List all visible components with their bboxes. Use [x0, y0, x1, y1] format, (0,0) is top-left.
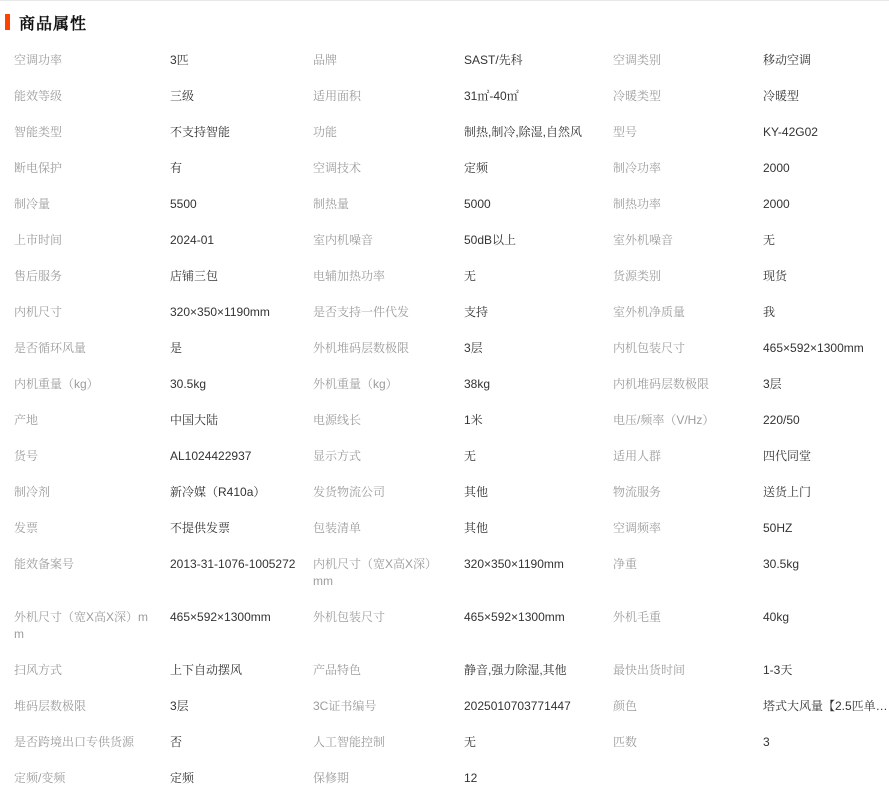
attr-label: 颜色	[613, 689, 763, 725]
attr-value: 三级	[170, 79, 313, 115]
attr-label: 外机尺寸（宽X高X深）mm	[14, 600, 170, 653]
attr-value: 新冷媒（R410a）	[170, 475, 313, 511]
attr-label: 能效等级	[14, 79, 170, 115]
attr-value: 不支持智能	[170, 115, 313, 151]
attr-label: 室外机噪音	[613, 223, 763, 259]
attr-label: 制热功率	[613, 187, 763, 223]
attr-label: 室内机噪音	[313, 223, 464, 259]
section-title: 商品属性	[19, 11, 87, 34]
attr-label: 外机包装尺寸	[313, 600, 464, 653]
attr-label: 发货物流公司	[313, 475, 464, 511]
attr-value: 3层	[763, 367, 889, 403]
attr-value: 30.5kg	[170, 367, 313, 403]
attr-value: 定频	[170, 761, 313, 797]
attr-label: 室外机净质量	[613, 295, 763, 331]
attr-value: 其他	[464, 511, 613, 547]
attr-label	[613, 761, 763, 797]
attr-label: 适用人群	[613, 439, 763, 475]
attr-value: 3匹	[170, 43, 313, 79]
attr-value: 定频	[464, 151, 613, 187]
attr-label: 保修期	[313, 761, 464, 797]
attr-label: 内机重量（kg）	[14, 367, 170, 403]
attr-label: 功能	[313, 115, 464, 151]
attr-label: 能效备案号	[14, 547, 170, 600]
attr-value: 是	[170, 331, 313, 367]
attr-label: 空调技术	[313, 151, 464, 187]
attr-label: 内机尺寸（宽X高X深）mm	[313, 547, 464, 600]
attr-value: 3	[763, 725, 889, 761]
attr-label: 制热量	[313, 187, 464, 223]
attr-label: 冷暖类型	[613, 79, 763, 115]
attr-label: 发票	[14, 511, 170, 547]
attr-label: 电辅加热功率	[313, 259, 464, 295]
attr-label: 售后服务	[14, 259, 170, 295]
attr-value: 有	[170, 151, 313, 187]
attr-value: 220/50	[763, 403, 889, 439]
attr-label: 适用面积	[313, 79, 464, 115]
attr-value: 2013-31-1076-1005272	[170, 547, 313, 600]
attr-value: 送货上门	[763, 475, 889, 511]
attr-value	[763, 761, 889, 797]
attr-value: 否	[170, 725, 313, 761]
attr-value: 冷暖型	[763, 79, 889, 115]
attr-label: 显示方式	[313, 439, 464, 475]
attr-label: 产品特色	[313, 653, 464, 689]
product-attributes-panel: 商品属性 空调功率3匹品牌SAST/先科空调类别移动空调能效等级三级适用面积31…	[0, 0, 889, 798]
attr-value: 无	[763, 223, 889, 259]
attr-label: 匹数	[613, 725, 763, 761]
attr-label: 内机包装尺寸	[613, 331, 763, 367]
attr-value: SAST/先科	[464, 43, 613, 79]
attr-value: 40kg	[763, 600, 889, 653]
attr-label: 电源线长	[313, 403, 464, 439]
attr-value: 移动空调	[763, 43, 889, 79]
attr-value: 2000	[763, 151, 889, 187]
attr-value: 320×350×1190mm	[464, 547, 613, 600]
section-header: 商品属性	[0, 1, 889, 43]
attr-value: 1-3天	[763, 653, 889, 689]
attributes-table: 空调功率3匹品牌SAST/先科空调类别移动空调能效等级三级适用面积31㎡-40㎡…	[0, 43, 889, 797]
attr-value: 无	[464, 259, 613, 295]
attr-value: 不提供发票	[170, 511, 313, 547]
attr-label: 电压/频率（V/Hz）	[613, 403, 763, 439]
attr-label: 是否支持一件代发	[313, 295, 464, 331]
attr-value: KY-42G02	[763, 115, 889, 151]
attr-label: 空调类别	[613, 43, 763, 79]
attr-label: 智能类型	[14, 115, 170, 151]
attr-label: 空调频率	[613, 511, 763, 547]
attr-label: 上市时间	[14, 223, 170, 259]
attr-value: 465×592×1300mm	[170, 600, 313, 653]
attr-value: 320×350×1190mm	[170, 295, 313, 331]
attr-label: 堆码层数极限	[14, 689, 170, 725]
attr-label: 外机堆码层数极限	[313, 331, 464, 367]
attr-value: 2025010703771447	[464, 689, 613, 725]
attr-label: 制冷剂	[14, 475, 170, 511]
attr-label: 最快出货时间	[613, 653, 763, 689]
attr-value: 塔式大风量【2.5匹单…	[763, 689, 889, 725]
attr-label: 型号	[613, 115, 763, 151]
attr-label: 制冷功率	[613, 151, 763, 187]
attr-value: 38kg	[464, 367, 613, 403]
attr-value: 5500	[170, 187, 313, 223]
attr-value: 2000	[763, 187, 889, 223]
attr-label: 是否跨境出口专供货源	[14, 725, 170, 761]
attr-value: 无	[464, 725, 613, 761]
attr-value: 465×592×1300mm	[464, 600, 613, 653]
attr-label: 物流服务	[613, 475, 763, 511]
attr-value: 静音,强力除湿,其他	[464, 653, 613, 689]
attr-label: 产地	[14, 403, 170, 439]
attr-label: 外机重量（kg）	[313, 367, 464, 403]
attr-value: 1米	[464, 403, 613, 439]
attr-value: 3层	[170, 689, 313, 725]
attr-value: 无	[464, 439, 613, 475]
attr-value: 2024-01	[170, 223, 313, 259]
attr-label: 货源类别	[613, 259, 763, 295]
attr-value: AL1024422937	[170, 439, 313, 475]
attr-value: 3层	[464, 331, 613, 367]
attr-label: 空调功率	[14, 43, 170, 79]
attr-value: 制热,制冷,除湿,自然风	[464, 115, 613, 151]
attr-value: 支持	[464, 295, 613, 331]
attr-value: 465×592×1300mm	[763, 331, 889, 367]
attr-value: 5000	[464, 187, 613, 223]
attr-value: 50dB以上	[464, 223, 613, 259]
attr-label: 净重	[613, 547, 763, 600]
attr-label: 包装清单	[313, 511, 464, 547]
attr-value: 其他	[464, 475, 613, 511]
attr-label: 货号	[14, 439, 170, 475]
attr-label: 断电保护	[14, 151, 170, 187]
attr-value: 我	[763, 295, 889, 331]
attr-value: 四代同堂	[763, 439, 889, 475]
attr-value: 中国大陆	[170, 403, 313, 439]
attr-label: 是否循环风量	[14, 331, 170, 367]
attr-value: 店铺三包	[170, 259, 313, 295]
attr-value: 31㎡-40㎡	[464, 79, 613, 115]
attr-label: 扫风方式	[14, 653, 170, 689]
attr-label: 定频/变频	[14, 761, 170, 797]
attr-label: 品牌	[313, 43, 464, 79]
attr-label: 3C证书编号	[313, 689, 464, 725]
attr-value: 上下自动摆风	[170, 653, 313, 689]
attr-label: 内机堆码层数极限	[613, 367, 763, 403]
attr-label: 外机毛重	[613, 600, 763, 653]
attr-label: 内机尺寸	[14, 295, 170, 331]
attr-value: 50HZ	[763, 511, 889, 547]
attr-value: 12	[464, 761, 613, 797]
accent-bar-icon	[5, 14, 10, 30]
attr-label: 人工智能控制	[313, 725, 464, 761]
attr-value: 30.5kg	[763, 547, 889, 600]
attr-value: 现货	[763, 259, 889, 295]
attr-label: 制冷量	[14, 187, 170, 223]
